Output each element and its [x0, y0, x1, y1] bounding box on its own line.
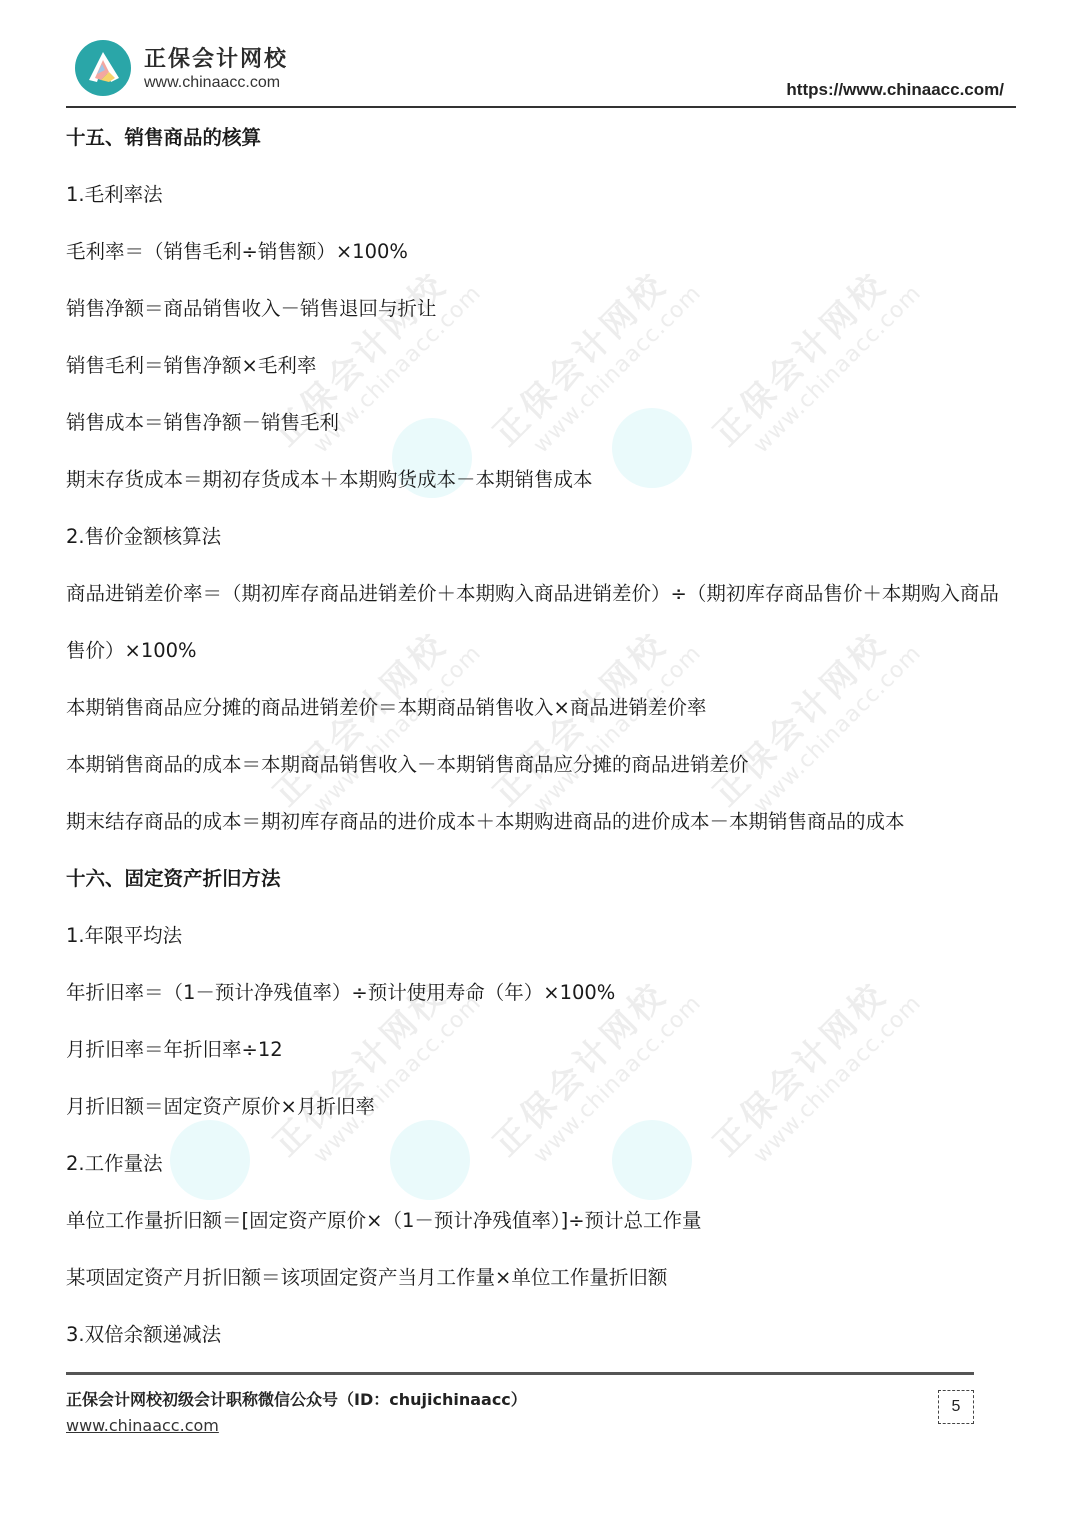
formula-line: 年折旧率＝（1－预计净残值率）÷预计使用寿命（年）×100%: [66, 973, 1026, 1030]
page-header: 正保会计网校 www.chinaacc.com https://www.chin…: [66, 38, 1016, 108]
page-number: 5: [938, 1390, 974, 1424]
formula-line: 销售净额＝商品销售收入－销售退回与折让: [66, 289, 1026, 346]
footer-divider: [66, 1372, 974, 1375]
header-divider: [66, 106, 1016, 108]
method-subheading: 1.年限平均法: [66, 916, 1026, 973]
section-heading: 十六、固定资产折旧方法: [66, 859, 1026, 916]
section-heading: 十五、销售商品的核算: [66, 118, 1026, 175]
method-subheading: 3.双倍余额递减法: [66, 1315, 1026, 1372]
site-url-link[interactable]: https://www.chinaacc.com/: [786, 80, 1004, 100]
formula-line: 本期销售商品应分摊的商品进销差价＝本期商品销售收入×商品进销差价率: [66, 688, 1026, 745]
formula-line: 售价）×100%: [66, 631, 1026, 688]
formula-line: 某项固定资产月折旧额＝该项固定资产当月工作量×单位工作量折旧额: [66, 1258, 1026, 1315]
document-body: 十五、销售商品的核算 1.毛利率法 毛利率＝（销售毛利÷销售额）×100% 销售…: [66, 118, 1026, 1372]
method-subheading: 2.工作量法: [66, 1144, 1026, 1201]
formula-line: 销售成本＝销售净额－销售毛利: [66, 403, 1026, 460]
footer-url-link[interactable]: www.chinaacc.com: [66, 1416, 219, 1435]
method-subheading: 2.售价金额核算法: [66, 517, 1026, 574]
formula-line: 单位工作量折旧额＝[固定资产原价×（1－预计净残值率）]÷预计总工作量: [66, 1201, 1026, 1258]
formula-line: 商品进销差价率＝（期初库存商品进销差价＋本期购入商品进销差价）÷（期初库存商品售…: [66, 574, 1026, 631]
logo-icon: [75, 40, 131, 96]
formula-line: 销售毛利＝销售净额×毛利率: [66, 346, 1026, 403]
formula-line: 期末结存商品的成本＝期初库存商品的进价成本＋本期购进商品的进价成本－本期销售商品…: [66, 802, 1026, 859]
formula-line: 期末存货成本＝期初存货成本＋本期购货成本－本期销售成本: [66, 460, 1026, 517]
formula-line: 月折旧率＝年折旧率÷12: [66, 1030, 1026, 1087]
formula-line: 月折旧额＝固定资产原价×月折旧率: [66, 1087, 1026, 1144]
page-footer: 正保会计网校初级会计职称微信公众号（ID：chujichinaacc） www.…: [66, 1372, 976, 1435]
brand-name: 正保会计网校: [144, 42, 288, 73]
formula-line: 本期销售商品的成本＝本期商品销售收入－本期销售商品应分摊的商品进销差价: [66, 745, 1026, 802]
footer-title: 正保会计网校初级会计职称微信公众号（ID：chujichinaacc）: [66, 1387, 976, 1410]
brand-url: www.chinaacc.com: [144, 74, 280, 92]
method-subheading: 1.毛利率法: [66, 175, 1026, 232]
formula-line: 毛利率＝（销售毛利÷销售额）×100%: [66, 232, 1026, 289]
